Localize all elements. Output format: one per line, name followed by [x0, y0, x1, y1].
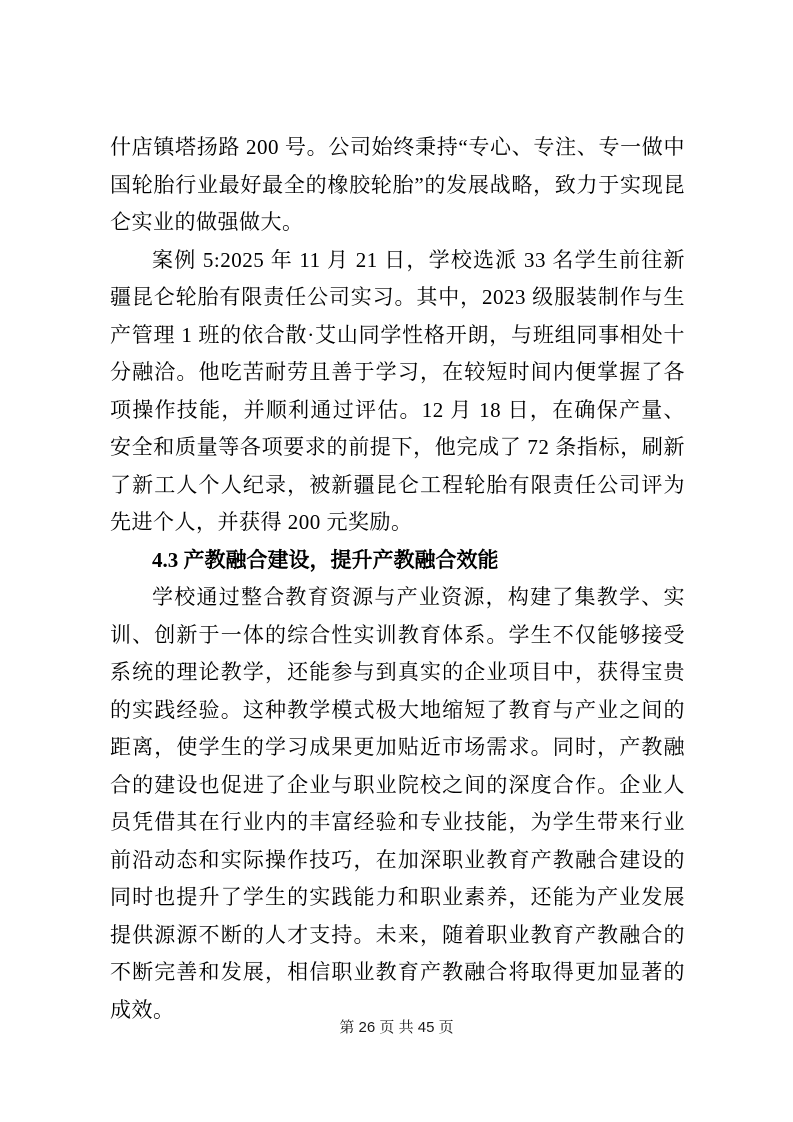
page-content: 什店镇塔扬路 200 号。公司始终秉持“专心、专注、专一做中国轮胎行业最好最全的… [110, 129, 685, 1029]
section-heading-4-3: 4.3 产教融合建设，提升产教融合效能 [110, 542, 685, 580]
paragraph-industry-education: 学校通过整合教育资源与产业资源，构建了集教学、实训、创新于一体的综合性实训教育体… [110, 579, 685, 1029]
paragraph-continuation: 什店镇塔扬路 200 号。公司始终秉持“专心、专注、专一做中国轮胎行业最好最全的… [110, 129, 685, 242]
page-number-text: 第 26 页 共 45 页 [339, 1019, 453, 1036]
document-page: 什店镇塔扬路 200 号。公司始终秉持“专心、专注、专一做中国轮胎行业最好最全的… [0, 0, 793, 1122]
paragraph-case-5: 案例 5:2025 年 11 月 21 日，学校选派 33 名学生前往新疆昆仑轮… [110, 242, 685, 542]
page-footer: 第 26 页 共 45 页 [0, 1018, 793, 1038]
